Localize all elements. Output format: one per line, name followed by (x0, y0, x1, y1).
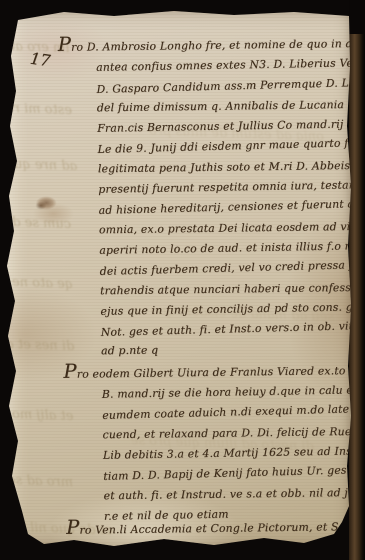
manuscript-line: Pro Ven.li Accademia et Cong.le Pictorum… (66, 517, 352, 541)
manuscript-line: del fuime dimissum q. Annibalis de Lucan… (97, 95, 345, 119)
manuscript-line: Pro D. Ambrosio Longho fre, et nomine de… (58, 34, 344, 58)
margin-entry-number: 17 (29, 49, 52, 71)
manuscript-line: cuend, et relaxand para D. Di. felicij d… (102, 422, 350, 446)
manuscript-line: legitimata pena Juthis soto et M.ri D. A… (98, 156, 346, 180)
book-gutter-edge (349, 0, 365, 560)
manuscript-line: ad p.nte q (101, 338, 349, 362)
manuscript-paragraph: Pro D. Ambrosio Longho fre, et nomine de… (58, 34, 350, 364)
manuscript-text: Pro D. Ambrosio Longho fre, et nomine de… (58, 32, 353, 542)
manuscript-line: omnia, ex.o prestata Dei licata eosdem a… (99, 217, 347, 241)
scan-black-border (349, 0, 365, 34)
manuscript-paragraph: Pro eodem Gilbert Uiura de Franlus Viare… (63, 360, 352, 527)
manuscript-line: Pro eodem Gilbert Uiura de Franlus Viare… (63, 361, 349, 385)
manuscript-line: trahendis atque nunciari haberi que conf… (100, 278, 348, 302)
manuscript-line: et auth. fi. et Instrud. ve s.a et obb. … (104, 483, 352, 507)
manuscript-leaf: im ero atesto mi read nre qucum se diqe … (4, 6, 356, 553)
bleedthrough-text: mro ad se (8, 473, 74, 490)
manuscript-paragraph: Pro Ven.li Accademia et Cong.le Pictorum… (66, 517, 352, 542)
scanned-manuscript-page: im ero atesto mi read nre qucum se diqe … (0, 0, 365, 560)
